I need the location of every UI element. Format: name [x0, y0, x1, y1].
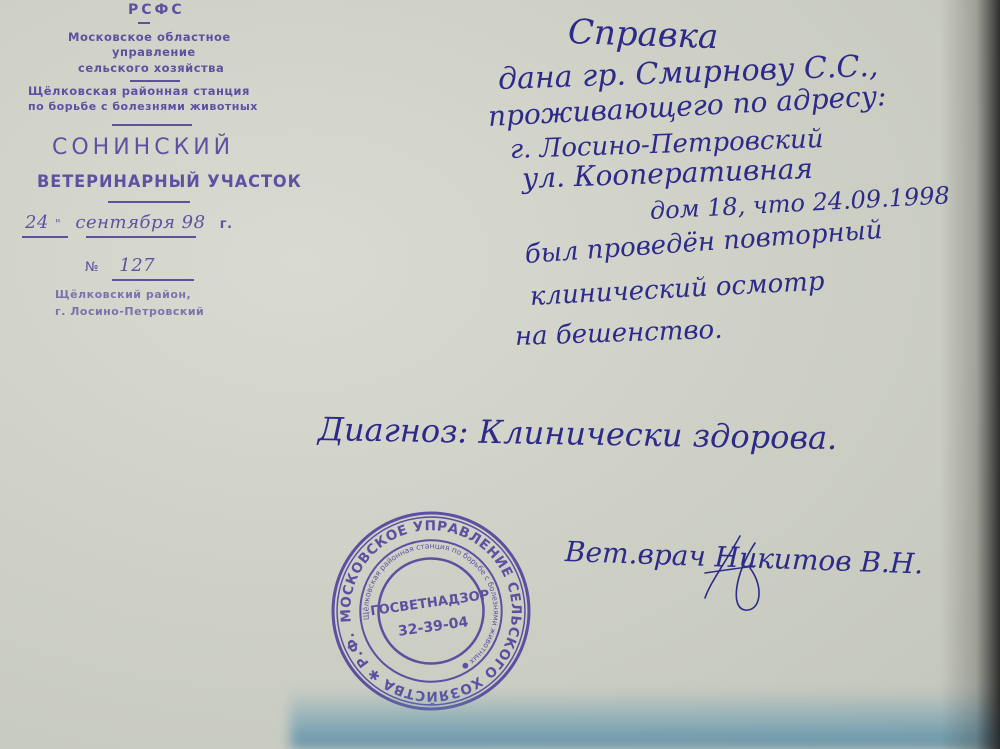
stamp-number-label: №	[85, 260, 99, 275]
photo-shadow-bottom	[290, 689, 1000, 749]
stamp-divider	[108, 201, 190, 203]
stamp-line4: Щёлковская районная станция	[28, 84, 250, 98]
stamp-line3: сельского хозяйства	[78, 61, 224, 75]
stamp-title2: ВЕТЕРИНАРНЫЙ УЧАСТОК	[37, 172, 302, 192]
seal-outer-text: МОСКОВСКОЕ УПРАВЛЕНИЕ СЕЛЬСКОГО ХОЗЯЙСТВ…	[326, 506, 536, 718]
stamp-underline	[86, 236, 196, 238]
stamp-date-month: сентября	[75, 212, 175, 233]
stamp-underline	[22, 236, 68, 238]
document-page: РСФС Московское областное управление сел…	[0, 0, 1000, 749]
certificate-title: Справка	[567, 12, 719, 57]
seal-center-title: ГОСВЕТНАДЗОР	[369, 588, 490, 620]
stamp-line2: управление	[112, 45, 196, 59]
photo-shadow-right	[940, 0, 1000, 749]
stamp-divider	[138, 22, 150, 24]
stamp-region1: Щёлковский район,	[55, 288, 191, 301]
stamp-number-value: 127	[119, 255, 155, 276]
body-line: был проведён повторный	[524, 215, 883, 270]
diagnosis: Диагноз: Клинически здорова.	[318, 410, 838, 457]
svg-text:МОСКОВСКОЕ УПРАВЛЕНИЕ СЕЛЬСКОГ: МОСКОВСКОЕ УПРАВЛЕНИЕ СЕЛЬСКОГО ХОЗЯЙСТВ…	[326, 506, 536, 718]
stamp-divider	[112, 124, 192, 126]
stamp-date-year: 98	[182, 212, 206, 233]
body-line: клинический осмотр	[529, 267, 825, 312]
rectangular-stamp: РСФС Московское областное управление сел…	[0, 0, 300, 330]
stamp-line5: по борьбе с болезнями животных	[28, 100, 258, 113]
body-line: на бешенство.	[514, 315, 722, 352]
stamp-date-suffix: г.	[220, 217, 233, 232]
seal-center-code: 32-39-04	[397, 614, 469, 640]
stamp-number: № 127	[85, 255, 155, 276]
stamp-date-day: 24	[25, 212, 49, 233]
stamp-date: 24 " сентября 98 г.	[25, 212, 233, 233]
stamp-title1: СОНИНСКИЙ	[52, 135, 234, 160]
stamp-region2: г. Лосино-Петровский	[55, 305, 204, 318]
stamp-divider	[130, 80, 180, 82]
stamp-underline	[112, 279, 194, 281]
stamp-line1: Московское областное	[68, 30, 231, 44]
signature-flourish	[700, 528, 780, 618]
stamp-org: РСФС	[128, 2, 185, 18]
